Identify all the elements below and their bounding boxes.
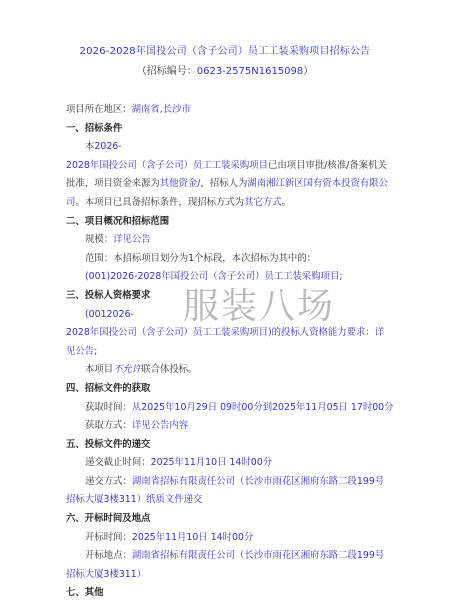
announcement-body: 项目所在地区：湖南省,长沙市 一、招标条件 本2026- 2028年国投公司（含… xyxy=(66,101,388,600)
opening-time-value: 2025年11月10日 14时00分 xyxy=(132,532,253,543)
bid-number-suffix: ） xyxy=(303,66,313,77)
joint-suffix: 联合体投标。 xyxy=(141,364,197,375)
section-heading-2: 二、项目概况和招标范围 xyxy=(66,213,388,232)
lot-link[interactable]: (001)2026-2028年国投公司（含子公司）员工工装采购项目; xyxy=(66,268,388,287)
region-label: 项目所在地区： xyxy=(66,104,132,115)
qualification-link-b[interactable]: 2028年国投公司（含子公司）员工工装采购项目)的投标人资格能力要求：详见公告; xyxy=(66,324,388,361)
bid-number-prefix: （招标编号： xyxy=(137,66,197,77)
announcement-title: 2026-2028年国投公司（含子公司）员工工装采购项目招标公告 xyxy=(0,42,450,57)
joint-bid-line: 本项目不允许联合体投标。 xyxy=(66,361,388,380)
tender-method[interactable]: 其它方式 xyxy=(244,197,282,208)
project-name-link-a[interactable]: 2026- xyxy=(94,141,121,152)
fund-source[interactable]: 其他资金/ xyxy=(160,178,201,189)
acquire-time-line: 获取时间：从2025年10月29日 09时00分到2025年11月05日 17时… xyxy=(66,399,388,418)
submit-method-line: 递交方式：湖南省招标有限责任公司（长沙市雨花区湘府东路二段199号招标大厦3楼3… xyxy=(66,473,388,510)
region-value[interactable]: 湖南省,长沙市 xyxy=(132,104,191,115)
section-heading-4: 四、招标文件的获取 xyxy=(66,380,388,399)
submit-method-label: 递交方式： xyxy=(85,476,132,487)
section-heading-3: 三、投标人资格要求 xyxy=(66,287,388,306)
scale-line: 规模：详见公告 xyxy=(66,231,388,250)
s1-line1: 本2026- xyxy=(66,138,388,157)
section-heading-7: 七、其他 xyxy=(66,584,388,600)
deadline-label: 递交截止时间： xyxy=(85,457,151,468)
opening-time-line: 开标时间：2025年11月10日 14时00分 xyxy=(66,529,388,548)
bid-number: 0623-2575N1615098 xyxy=(197,66,304,77)
section-heading-6: 六、开标时间及地点 xyxy=(66,510,388,529)
acquire-method-link[interactable]: 详见公告内容 xyxy=(132,420,188,431)
s1-prefix: 本 xyxy=(85,141,94,152)
section-heading-1: 一、招标条件 xyxy=(66,120,388,139)
project-name-link-b[interactable]: 2028年国投公司（含子公司）员工工装采购项目 xyxy=(66,160,268,171)
s1-end: 。 xyxy=(282,197,291,208)
scope-line: 范围：本招标项目划分为1个标段，本次招标为其中的： xyxy=(66,250,388,269)
deadline-value: 2025年11月10日 14时00分 xyxy=(151,457,272,468)
opening-place-line: 开标地点：湖南省招标有限责任公司（长沙市雨花区湘府东路二段199号招标大厦3楼3… xyxy=(66,547,388,584)
deadline-line: 递交截止时间：2025年11月10日 14时00分 xyxy=(66,454,388,473)
scale-value[interactable]: 详见公告 xyxy=(113,234,151,245)
acquire-method-line: 获取方式：详见公告内容 xyxy=(66,417,388,436)
joint-prefix: 本项目 xyxy=(85,364,113,375)
scale-label: 规模： xyxy=(85,234,113,245)
acquire-time-label: 获取时间： xyxy=(85,402,132,413)
s1-text-c: 。本项目已具备招标条件，现招标方式为 xyxy=(75,197,244,208)
section-heading-5: 五、投标文件的递交 xyxy=(66,436,388,455)
joint-value: 不允许 xyxy=(113,364,141,375)
qualification-link-a[interactable]: (0012026- xyxy=(66,306,388,325)
opening-time-label: 开标时间： xyxy=(85,532,132,543)
project-region: 项目所在地区：湖南省,长沙市 xyxy=(66,101,388,120)
opening-place-label: 开标地点： xyxy=(85,550,132,561)
acquire-method-label: 获取方式： xyxy=(85,420,132,431)
s1-paragraph: 2028年国投公司（含子公司）员工工装采购项目已由项目审批/核准/备案机关批准，… xyxy=(66,157,388,213)
acquire-time-value: 从2025年10月29日 09时00分到2025年11月05日 17时00分 xyxy=(132,402,394,413)
bid-number-line: （招标编号：0623-2575N1615098） xyxy=(0,62,450,77)
s1-text-b: ，招标人为 xyxy=(200,178,247,189)
